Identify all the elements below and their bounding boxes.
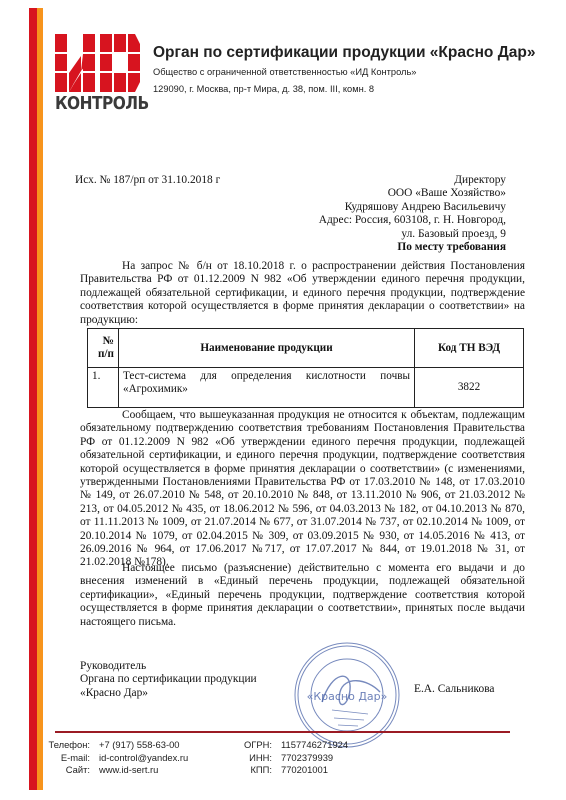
footer-email-row: E-mail: id-control@yandex.ru [48, 752, 188, 765]
statement-text: Сообщаем, что вышеуказанная продукция не… [80, 409, 525, 570]
organization-legal-name: Общество с ограниченной ответственностью… [153, 67, 416, 77]
inn-value: 7702379939 [281, 752, 333, 765]
svg-text:«Красно Дар»: «Красно Дар» [307, 690, 388, 703]
ogrn-value: 1157746271924 [281, 739, 348, 752]
table-row: 1. Тест-система для определения кислотно… [88, 368, 524, 408]
kpp-label: КПП: [238, 764, 272, 777]
inn-label: ИНН: [238, 752, 272, 765]
phone-label: Телефон: [48, 739, 90, 752]
footer-inn-row: ИНН: 7702379939 [238, 752, 348, 765]
addressee-line: Директору [319, 174, 506, 187]
footer-ogrn-row: ОГРН: 1157746271924 [238, 739, 348, 752]
ogrn-label: ОГРН: [238, 739, 272, 752]
footer-registration: ОГРН: 1157746271924 ИНН: 7702379939 КПП:… [238, 739, 348, 777]
logo-mark-icon [55, 34, 140, 92]
signatory-title-line: Органа по сертификации продукции [80, 673, 257, 686]
footer-site-row: Сайт: www.id-sert.ru [48, 764, 188, 777]
request-paragraph: На запрос № б/н от 18.10.2018 г. о распр… [80, 260, 525, 327]
addressee-line: ООО «Ваше Хозяйство» [319, 187, 506, 200]
brand-stripe-red [29, 8, 37, 790]
header-num: № п/п [88, 329, 119, 368]
header-tn-ved-code: Код ТН ВЭД [415, 329, 524, 368]
product-table: № п/п Наименование продукции Код ТН ВЭД … [87, 328, 524, 408]
footer-contacts: Телефон: +7 (917) 558-63-00 E-mail: id-c… [48, 739, 188, 777]
addressee-line: ул. Базовый проезд, 9 [319, 228, 506, 241]
header-product-name: Наименование продукции [119, 329, 415, 368]
statement-paragraph: Сообщаем, что вышеуказанная продукция не… [80, 409, 525, 570]
brand-stripe-orange [37, 8, 43, 790]
table-header-row: № п/п Наименование продукции Код ТН ВЭД [88, 329, 524, 368]
signatory-title-line: «Красно Дар» [80, 687, 257, 700]
validity-text: Настоящее письмо (разъяснение) действите… [80, 562, 525, 629]
signatory-title-line: Руководитель [80, 660, 257, 673]
company-logo: КОНТРОЛЬ [55, 34, 140, 120]
footer-divider [55, 731, 510, 733]
request-text: На запрос № б/н от 18.10.2018 г. о распр… [80, 260, 525, 327]
outgoing-reference: Исх. № 187/рп от 31.10.2018 г [75, 174, 220, 187]
organization-address: 129090, г. Москва, пр-т Мира, д. 38, пом… [153, 84, 374, 94]
signatory-name: Е.А. Сальникова [414, 683, 495, 696]
footer-phone-row: Телефон: +7 (917) 558-63-00 [48, 739, 188, 752]
addressee-line: Адрес: Россия, 603108, г. Н. Новгород, [319, 214, 506, 227]
signatory-title: Руководитель Органа по сертификации прод… [80, 660, 257, 700]
official-stamp-icon: «Красно Дар» [292, 640, 402, 750]
email-label: E-mail: [48, 752, 90, 765]
addressee-block: Директору ООО «Ваше Хозяйство» Кудряшову… [319, 174, 506, 254]
kpp-value: 770201001 [281, 764, 328, 777]
email-value: id-control@yandex.ru [99, 752, 188, 765]
addressee-delivery-note: По месту требования [319, 241, 506, 254]
footer-kpp-row: КПП: 770201001 [238, 764, 348, 777]
phone-value: +7 (917) 558-63-00 [99, 739, 180, 752]
validity-paragraph: Настоящее письмо (разъяснение) действите… [80, 562, 525, 629]
site-label: Сайт: [48, 764, 90, 777]
site-value: www.id-sert.ru [99, 764, 158, 777]
cell-tn-ved-code: 3822 [415, 368, 524, 408]
organization-title: Орган по сертификации продукции «Красно … [153, 44, 535, 62]
logo-wordmark: КОНТРОЛЬ [55, 94, 131, 114]
cell-product-name: Тест-система для определения кислотности… [119, 368, 415, 408]
addressee-line: Кудряшову Андрею Васильевичу [319, 201, 506, 214]
cell-num: 1. [88, 368, 119, 408]
